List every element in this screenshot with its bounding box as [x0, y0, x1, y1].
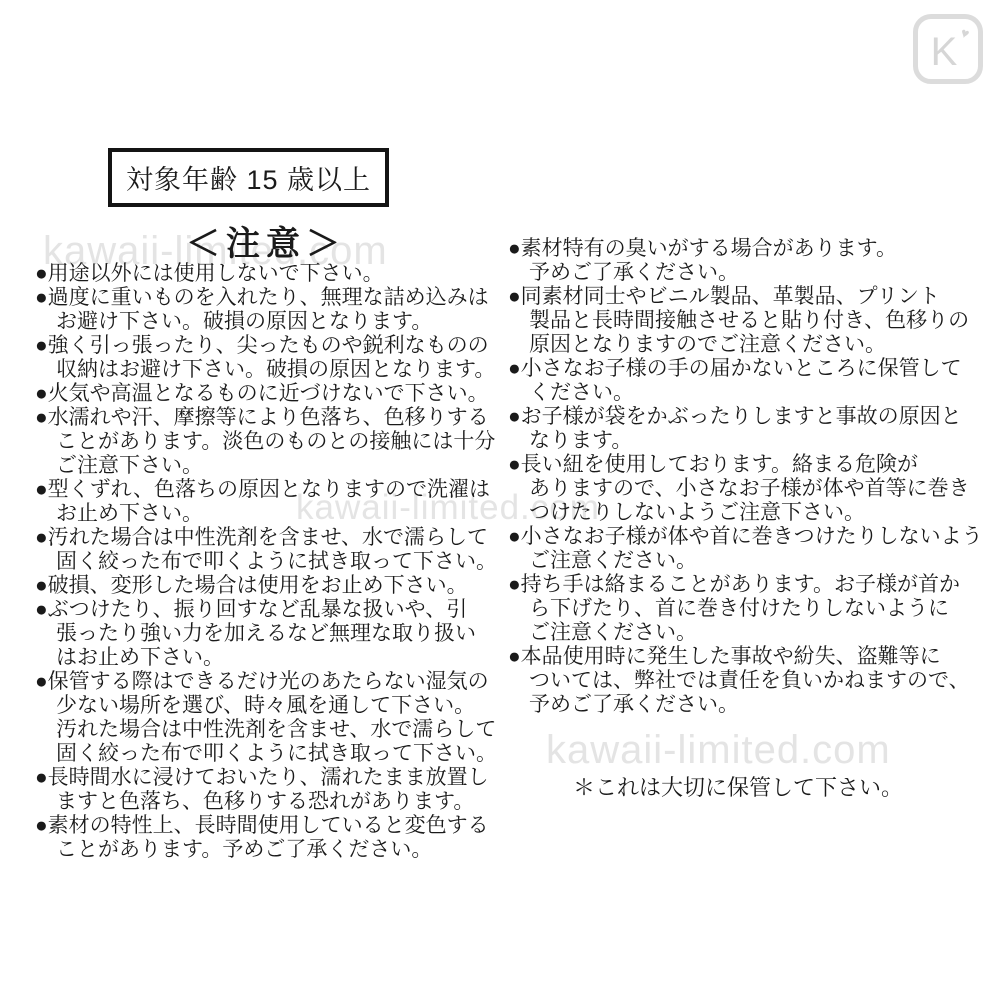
caution-item: ●小さなお子様の手の届かないところに保管して ください。	[508, 357, 1000, 405]
caution-item: ●小さなお子様が体や首に巻きつけたりしないよう ご注意ください。	[508, 525, 1000, 573]
caution-title: ＜注意＞	[35, 216, 497, 265]
caution-item: ●火気や高温となるものに近づけないで下さい。	[35, 382, 535, 406]
caution-item: ●ぶつけたり、振り回すなど乱暴な扱いや、引 張ったり強い力を加えるなど無理な取り…	[35, 598, 535, 670]
caution-list-left: ●用途以外には使用しないで下さい。 ●過度に重いものを入れたり、無理な詰め込みは…	[35, 262, 535, 862]
caution-item: ●素材特有の臭いがする場合があります。 予めご了承ください。	[508, 237, 1000, 285]
caution-item: ●過度に重いものを入れたり、無理な詰め込みは お避け下さい。破損の原因となります…	[35, 286, 535, 334]
caution-item: ●持ち手は絡まることがあります。お子様が首か ら下げたり、首に巻き付けたりしない…	[508, 573, 1000, 645]
caution-item: ●長い紐を使用しております。絡まる危険が ありますので、小さなお子様が体や首等に…	[508, 453, 1000, 525]
caution-item: ●長時間水に浸けておいたり、濡れたまま放置し ますと色落ち、色移りする恐れがあり…	[35, 766, 535, 814]
age-restriction-text: 対象年齢 15 歳以上	[126, 158, 371, 197]
caution-item: ●用途以外には使用しないで下さい。	[35, 262, 535, 286]
caution-item: ●破損、変形した場合は使用をお止め下さい。	[35, 574, 535, 598]
age-restriction-box: 対象年齢 15 歳以上	[108, 148, 389, 207]
caution-item: ●同素材同士やビニル製品、革製品、プリント 製品と長時間接触させると貼り付き、色…	[508, 285, 1000, 357]
care-instructions-label: kawaii-limited.com kawaii-limited.com ka…	[0, 0, 1000, 1000]
caution-item: ●本品使用時に発生した事故や紛失、盗難等に ついては、弊社では責任を負いかねます…	[508, 645, 1000, 717]
caution-item: ●保管する際はできるだけ光のあたらない湿気の 少ない場所を選び、時々風を通して下…	[35, 670, 535, 766]
caution-item: ●素材の特性上、長時間使用していると変色する ことがあります。予めご了承ください…	[35, 814, 535, 862]
caution-item: ●強く引っ張ったり、尖ったものや鋭利なものの 収納はお避け下さい。破損の原因とな…	[35, 334, 535, 382]
keep-this-note: ＊これは大切に保管して下さい。	[508, 771, 968, 802]
caution-item: ●お子様が袋をかぶったりしますと事故の原因と なります。	[508, 405, 1000, 453]
kawaii-limited-logo-icon: K ♥	[913, 14, 983, 84]
caution-item: ●水濡れや汗、摩擦等により色落ち、色移りする ことがあります。淡色のものとの接触…	[35, 406, 535, 478]
caution-item: ●汚れた場合は中性洗剤を含ませ、水で濡らして 固く絞った布で叩くように拭き取って…	[35, 526, 535, 574]
watermark-bottom: kawaii-limited.com	[546, 728, 891, 773]
caution-item: ●型くずれ、色落ちの原因となりますので洗濯は お止め下さい。	[35, 478, 535, 526]
caution-list-right: ●素材特有の臭いがする場合があります。 予めご了承ください。 ●同素材同士やビニ…	[508, 237, 1000, 717]
